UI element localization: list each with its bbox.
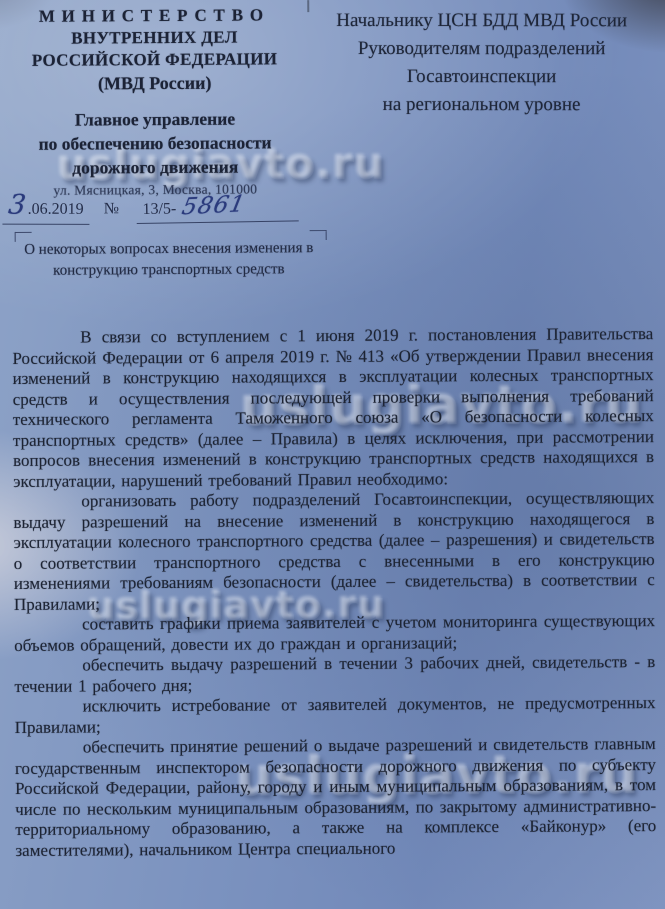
body-paragraph: обеспечить выдачу разрешений в течении 3… [14,652,655,697]
addressee-line: Начальнику ЦСН БДД МВД России [306,7,658,35]
division-line: дорожного движения [4,154,306,180]
org-name-line: РОССИЙСКОЙ ФЕДЕРАЦИИ [4,48,306,72]
body-paragraph: организовать работу подразделений Госавт… [13,488,655,615]
outgoing-number-field: 13/5-5861 [137,191,299,224]
division-line: по обеспечению безопасности [4,130,306,156]
handwritten-day: 3 [7,190,28,221]
letterhead-org-block: МИНИСТЕРСТВО ВНУТРЕННИХ ДЕЛ РОССИЙСКОЙ Ф… [3,4,306,199]
letter-body: В связи со вступлением с 1 июня 2019 г. … [12,324,656,861]
date-number-row: 3.06.2019 № 13/5-5861 [2,188,312,225]
org-short-name: (МВД России) [4,70,306,96]
division-block: Главное управление по обеспечению безопа… [4,106,306,180]
handwritten-number: 5861 [180,191,248,220]
subject-text: О некоторых вопросах внесения изменения … [24,240,313,279]
body-paragraph: обеспечить принятие решений о выдаче раз… [15,734,657,861]
org-name-line: МИНИСТЕРСТВО [3,4,305,28]
corner-mark-left [15,232,32,242]
page-content: uslugiavto.ru uslugiavto.ru uslugiavto.r… [0,0,665,909]
body-paragraph: В связи со вступлением с 1 июня 2019 г. … [12,324,654,492]
number-sign: № [104,200,119,218]
date-field: 3.06.2019 [2,190,89,225]
printed-number-prefix: 13/5- [143,200,177,218]
addressee-block: Начальнику ЦСН БДД МВД России Руководите… [306,7,658,119]
addressee-line: Руководителям подразделений [306,35,658,63]
printed-date: .06.2019 [28,201,84,218]
corner-mark-right [310,230,327,240]
subject-block: О некоторых вопросах внесения изменения … [21,238,317,282]
division-line: Главное управление [4,106,306,132]
scanned-letter-page: uslugiavto.ru uslugiavto.ru uslugiavto.r… [0,0,665,909]
org-name-line: ВНУТРЕННИХ ДЕЛ [3,26,305,50]
addressee-line: Госавтоинспекции [306,63,658,91]
addressee-line: на региональном уровне [306,91,658,119]
body-paragraph: составить графики приема заявителей с уч… [14,611,655,656]
body-paragraph: исключить истребование от заявителей док… [14,693,655,738]
